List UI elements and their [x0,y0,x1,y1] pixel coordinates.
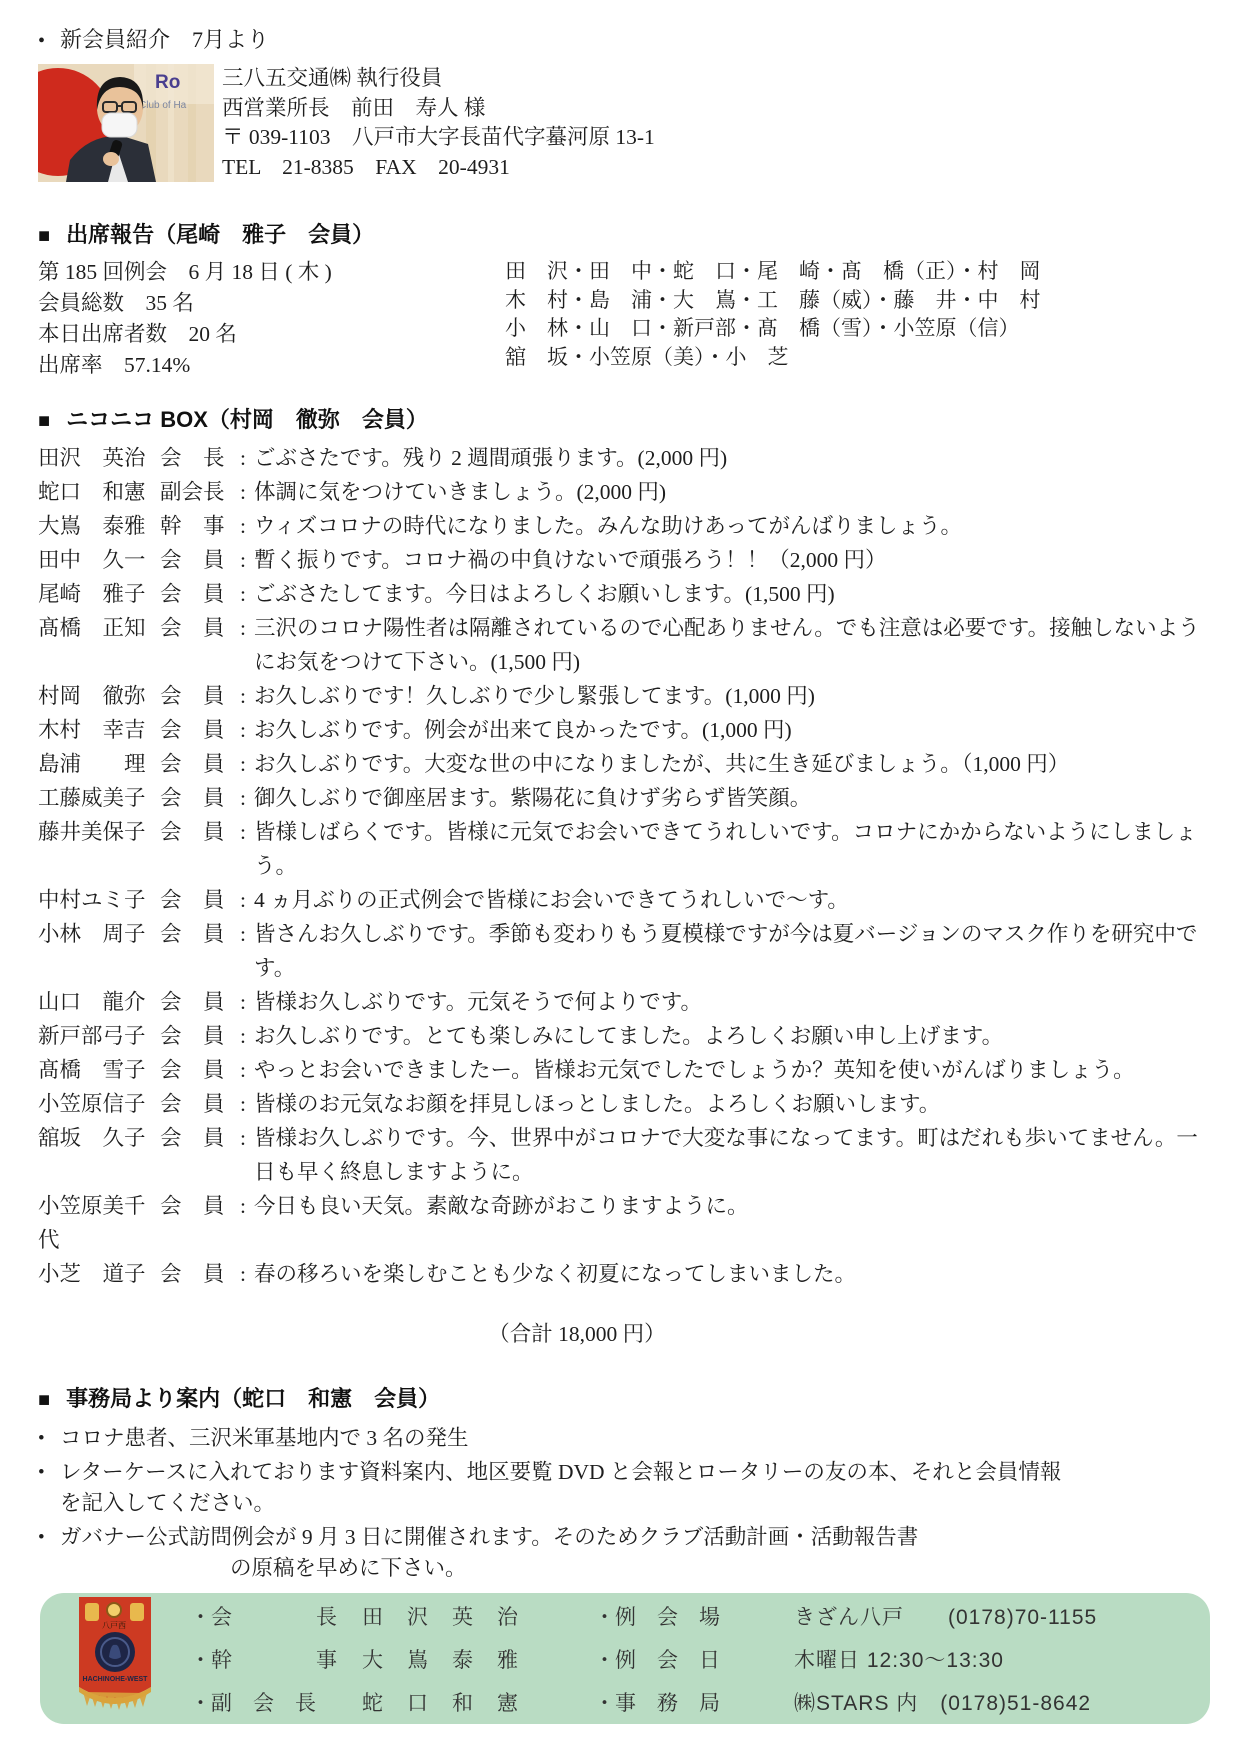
footer-row: ・会 長田沢英治・例 会 場きざん八戸 (0178)70-1155 [190,1594,1190,1637]
attendance-name-list: 田 沢・田 中・蛇 口・尾 崎・髙 橋（正）・村 岡木 村・島 浦・大 嶌・工 … [505,257,1041,381]
niconico-heading-text: ニコニコ BOX（村岡 徹弥 会員） [66,407,428,432]
office-bullet-text: コロナ患者、三沢米軍基地内で 3 名の発生 [60,1423,1211,1454]
member-message: 暫く振りです。コロナ禍の中負けないで頑張ろう！！（2,000 円） [254,543,1211,577]
niconico-entry: 田中 久一会 員:暫く振りです。コロナ禍の中負けないで頑張ろう！！（2,000 … [38,543,1211,577]
office-bullet: •レターケースに入れております資料案内、地区要覧 DVD と会報とロータリーの友… [38,1457,1211,1519]
member-message: 皆様お久しぶりです。元気そうで何よりです。 [254,985,1211,1019]
member-message: ごぶさたしてます。今日はよろしくお願いします。(1,500 円) [254,577,1211,611]
footer-rows: ・会 長田沢英治・例 会 場きざん八戸 (0178)70-1155・幹 事大嶌泰… [190,1594,1210,1723]
footer-left-name: 大嶌泰雅 [362,1644,594,1674]
member-message: 御久しぶりで御座居ます。紫陽花に負けず劣らず皆笑顔。 [254,781,1211,815]
member-title: 会 員 [160,1257,234,1291]
niconico-entry: 藤井美保子会 員:皆様しばらくです。皆様に元気でお会いできてうれしいです。コロナ… [38,815,1211,883]
new-member-block: Ro Club of Ha 三八五交通㈱ 執行役員 [38,64,1211,182]
footer-right-label: ・例 会 場 [594,1601,794,1631]
member-title: 会 員 [160,747,234,781]
member-message: 4 ヵ月ぶりの正式例会で皆様にお会いできてうれしいで～す。 [254,883,1211,917]
footer-row: ・幹 事大嶌泰雅・例 会 日木曜日 12:30～13:30 [190,1637,1190,1680]
separator: : [234,509,252,543]
niconico-entry: 小笠原信子会 員:皆様のお元気なお顔を拝見しほっとしました。よろしくお願いします… [38,1087,1211,1121]
section-marker-icon: ■ [38,221,50,251]
member-message: 皆様しばらくです。皆様に元気でお会いできてうれしいです。コロナにかからないように… [254,815,1211,883]
member-name: 髙橋 正知 [38,611,160,679]
member-name: 工藤威美子 [38,781,160,815]
new-member-section-title: •新会員紹介 7月より [38,26,1211,55]
member-photo-graphic: Ro Club of Ha [38,64,214,182]
separator: : [234,1019,252,1053]
footer-right-value: きざん八戸 (0178)70-1155 [794,1601,1190,1631]
niconico-entry: 田沢 英治会 長:ごぶさたです。残り 2 週間頑張ります。(2,000 円) [38,441,1211,475]
footer-left-label: ・幹 事 [190,1644,362,1674]
member-title: 会 員 [160,781,234,815]
member-title: 会 員 [160,679,234,713]
separator: : [234,1121,252,1189]
niconico-entry: 蛇口 和憲副会長:体調に気をつけていきましょう。(2,000 円) [38,475,1211,509]
attendance-heading: ■出席報告（尾崎 雅子 会員） [38,220,1211,251]
member-message: 体調に気をつけていきましょう。(2,000 円) [254,475,1211,509]
member-name: 田沢 英治 [38,441,160,475]
member-message: お久しぶりです！久しぶりで少し緊張してます。(1,000 円) [254,679,1211,713]
member-message: 今日も良い天気。素敵な奇跡がおこりますように。 [254,1189,1211,1257]
attendance-section: ■出席報告（尾崎 雅子 会員） 第 185 回例会 6 月 18 日 ( 木 )… [38,220,1211,381]
footer-inner: 八戸西 HACHINOHE-WEST ・会 長田沢英治・例 会 場きざん八戸 (… [40,1593,1210,1724]
member-message: やっとお会いできましたー。皆様お元気でしたでしょうか？英知を使いがんばりましょう… [254,1053,1211,1087]
member-title: 会 員 [160,1121,234,1189]
newsletter-page: •新会員紹介 7月より Ro Club of Ha [0,0,1249,1754]
photo-banner-text-2: Club of Ha [139,100,187,111]
member-message: お久しぶりです。大変な世の中になりましたが、共に生き延びましょう。（1,000 … [254,747,1211,781]
member-name: 尾崎 雅子 [38,577,160,611]
new-member-title: 新会員紹介 7月より [60,27,269,52]
niconico-entry: 大嶌 泰雅幹 事:ウィズコロナの時代になりました。みんな助けあってがんばりましょ… [38,509,1211,543]
separator: : [234,747,252,781]
member-title: 会 員 [160,985,234,1019]
bullet-icon: • [38,1423,60,1454]
separator: : [234,577,252,611]
member-name: 小笠原美千代 [38,1189,160,1257]
member-title: 会 員 [160,577,234,611]
office-bullet-text: レターケースに入れております資料案内、地区要覧 DVD と会報とロータリーの友の… [60,1457,1211,1519]
club-banner: 八戸西 HACHINOHE-WEST [40,1593,190,1724]
member-message: お久しぶりです。例会が出来て良かったです。(1,000 円) [254,713,1211,747]
niconico-entry: 工藤威美子会 員:御久しぶりで御座居ます。紫陽花に負けず劣らず皆笑顔。 [38,781,1211,815]
office-bullet-line: コロナ患者、三沢米軍基地内で 3 名の発生 [60,1423,1211,1454]
member-title: 会 員 [160,543,234,577]
niconico-entry: 髙橋 雪子会 員:やっとお会いできましたー。皆様お元気でしたでしょうか？英知を使… [38,1053,1211,1087]
office-bullet: •コロナ患者、三沢米軍基地内で 3 名の発生 [38,1423,1211,1454]
member-name: 蛇口 和憲 [38,475,160,509]
attendance-stat-line: 第 185 回例会 6 月 18 日 ( 木 ) [38,257,505,288]
niconico-entry: 小芝 道子会 員:春の移ろいを楽しむことも少なく初夏になってしまいました。 [38,1257,1211,1291]
attendance-heading-text: 出席報告（尾崎 雅子 会員） [66,222,374,247]
office-bullet-text: ガバナー公式訪問例会が 9 月 3 日に開催されます。そのためクラブ活動計画・活… [60,1522,1211,1584]
member-name: 小芝 道子 [38,1257,160,1291]
member-name: 髙橋 雪子 [38,1053,160,1087]
separator: : [234,1087,252,1121]
niconico-entry: 尾崎 雅子会 員:ごぶさたしてます。今日はよろしくお願いします。(1,500 円… [38,577,1211,611]
member-name: 中村ユミ子 [38,883,160,917]
separator: : [234,543,252,577]
member-title: 幹 事 [160,509,234,543]
niconico-entry: 舘坂 久子会 員:皆様お久しぶりです。今、世界中がコロナで大変な事になってます。… [38,1121,1211,1189]
club-banner-graphic: 八戸西 HACHINOHE-WEST [73,1595,157,1723]
niconico-entry: 村岡 徹弥会 員:お久しぶりです！久しぶりで少し緊張してます。(1,000 円) [38,679,1211,713]
attendance-name-line: 田 沢・田 中・蛇 口・尾 崎・髙 橋（正）・村 岡 [505,257,1041,286]
separator: : [234,1257,252,1291]
attendance-name-line: 舘 坂・小笠原（美）・小 芝 [505,343,1041,372]
member-title: 会 員 [160,815,234,883]
section-marker-icon: ■ [38,406,50,436]
niconico-entry: 木村 幸吉会 員:お久しぶりです。例会が出来て良かったです。(1,000 円) [38,713,1211,747]
member-title: 会 員 [160,713,234,747]
niconico-heading: ■ニコニコ BOX（村岡 徹弥 会員） [38,405,1211,436]
member-title: 会 員 [160,1053,234,1087]
bullet-icon: • [38,1457,60,1519]
member-name: 舘坂 久子 [38,1121,160,1189]
niconico-entry: 中村ユミ子会 員:4 ヵ月ぶりの正式例会で皆様にお会いできてうれしいで～す。 [38,883,1211,917]
separator: : [234,917,252,985]
separator: : [234,883,252,917]
bullet-icon: • [38,1522,60,1584]
footer-panel: 八戸西 HACHINOHE-WEST ・会 長田沢英治・例 会 場きざん八戸 (… [40,1593,1210,1724]
banner-club-en: HACHINOHE-WEST [83,1676,149,1683]
footer-left-name: 蛇口和憲 [362,1687,594,1717]
niconico-entry: 小笠原美千代会 員:今日も良い天気。素敵な奇跡がおこりますように。 [38,1189,1211,1257]
member-name: 藤井美保子 [38,815,160,883]
separator: : [234,815,252,883]
separator: : [234,781,252,815]
attendance-stats: 第 185 回例会 6 月 18 日 ( 木 )会員総数 35 名本日出席者数 … [38,257,505,381]
niconico-section: ■ニコニコ BOX（村岡 徹弥 会員） 田沢 英治会 長:ごぶさたです。残り 2… [38,405,1211,1348]
footer-right-label: ・例 会 日 [594,1644,794,1674]
member-name: 木村 幸吉 [38,713,160,747]
member-title: 会 員 [160,1087,234,1121]
footer-left-label: ・会 長 [190,1601,362,1631]
member-title: 会 長 [160,441,234,475]
attendance-stat-line: 本日出席者数 20 名 [38,319,505,350]
footer-right-label: ・事 務 局 [594,1687,794,1717]
member-message: ウィズコロナの時代になりました。みんな助けあってがんばりましょう。 [254,509,1211,543]
separator: : [234,1053,252,1087]
photo-banner-text-1: Ro [155,72,180,93]
footer-left-label: ・副 会 長 [190,1687,362,1717]
separator: : [234,441,252,475]
member-title: 会 員 [160,611,234,679]
member-name: 田中 久一 [38,543,160,577]
member-title: 会 員 [160,917,234,985]
bullet-icon: • [38,27,60,55]
separator: : [234,985,252,1019]
niconico-entry: 髙橋 正知会 員:三沢のコロナ陽性者は隔離されているので心配ありません。でも注意… [38,611,1211,679]
office-bullet-line: レターケースに入れております資料案内、地区要覧 DVD と会報とロータリーの友の… [60,1457,1211,1488]
separator: : [234,611,252,679]
attendance-stat-line: 出席率 57.14% [38,350,505,381]
member-message: 春の移ろいを楽しむことも少なく初夏になってしまいました。 [254,1257,1211,1291]
company-line: 三八五交通㈱ 執行役員 [222,64,655,94]
attendance-name-line: 木 村・島 浦・大 嶌・工 藤（威）・藤 井・中 村 [505,286,1041,315]
member-title: 会 員 [160,883,234,917]
member-message: 三沢のコロナ陽性者は隔離されているので心配ありません。でも注意は必要です。接触し… [254,611,1211,679]
office-section: ■事務局より案内（蛇口 和憲 会員） •コロナ患者、三沢米軍基地内で 3 名の発… [38,1384,1211,1584]
member-title: 会 員 [160,1019,234,1053]
separator: : [234,679,252,713]
separator: : [234,1189,252,1257]
member-message: 皆様お久しぶりです。今、世界中がコロナで大変な事になってます。町はだれも歩いてま… [254,1121,1211,1189]
member-title: 会 員 [160,1189,234,1257]
member-name: 山口 龍介 [38,985,160,1019]
separator: : [234,475,252,509]
person-line: 西営業所長 前田 寿人 様 [222,94,655,124]
member-name: 島浦 理 [38,747,160,781]
member-name: 村岡 徹弥 [38,679,160,713]
office-bullet-line: ガバナー公式訪問例会が 9 月 3 日に開催されます。そのためクラブ活動計画・活… [60,1522,1211,1553]
niconico-entry: 新戸部弓子会 員:お久しぶりです。とても楽しみにしてました。よろしくお願い申し上… [38,1019,1211,1053]
member-message: ごぶさたです。残り 2 週間頑張ります。(2,000 円) [254,441,1211,475]
attendance-name-line: 小 林・山 口・新戸部・髙 橋（雪）・小笠原（信） [505,314,1041,343]
office-bullet-line: を記入してください。 [60,1488,1211,1519]
member-name: 新戸部弓子 [38,1019,160,1053]
member-name: 小笠原信子 [38,1087,160,1121]
office-bullet: •ガバナー公式訪問例会が 9 月 3 日に開催されます。そのためクラブ活動計画・… [38,1522,1211,1584]
member-message: 皆様のお元気なお顔を拝見しほっとしました。よろしくお願いします。 [254,1087,1211,1121]
niconico-entry: 山口 龍介会 員:皆様お久しぶりです。元気そうで何よりです。 [38,985,1211,1019]
member-photo: Ro Club of Ha [38,64,214,182]
footer-left-name: 田沢英治 [362,1601,594,1631]
member-name: 大嶌 泰雅 [38,509,160,543]
banner-club-jp: 八戸西 [102,1621,126,1630]
niconico-entry: 島浦 理会 員:お久しぶりです。大変な世の中になりましたが、共に生き延びましょう… [38,747,1211,781]
office-bullet-list: •コロナ患者、三沢米軍基地内で 3 名の発生•レターケースに入れております資料案… [38,1423,1211,1584]
member-name: 小林 周子 [38,917,160,985]
office-heading: ■事務局より案内（蛇口 和憲 会員） [38,1384,1211,1415]
member-message: お久しぶりです。とても楽しみにしてました。よろしくお願い申し上げます。 [254,1019,1211,1053]
telfax-line: TEL 21-8385 FAX 20-4931 [222,153,655,183]
footer-right-value: ㈱STARS 内 (0178)51-8642 [794,1687,1190,1717]
member-title: 副会長 [160,475,234,509]
member-message: 皆さんお久しぶりです。季節も変わりもう夏模様ですが今は夏バージョンのマスク作りを… [254,917,1211,985]
attendance-stat-line: 会員総数 35 名 [38,288,505,319]
office-bullet-line: の原稿を早めに下さい。 [230,1553,1211,1584]
niconico-entry: 小林 周子会 員:皆さんお久しぶりです。季節も変わりもう夏模様ですが今は夏バージ… [38,917,1211,985]
new-member-info: 三八五交通㈱ 執行役員 西営業所長 前田 寿人 様 〒 039-1103 八戸市… [222,64,655,182]
niconico-list: 田沢 英治会 長:ごぶさたです。残り 2 週間頑張ります。(2,000 円)蛇口… [38,441,1211,1291]
address-line: 〒 039-1103 八戸市大字長苗代字蟇河原 13-1 [222,123,655,153]
attendance-columns: 第 185 回例会 6 月 18 日 ( 木 )会員総数 35 名本日出席者数 … [38,257,1211,381]
section-marker-icon: ■ [38,1385,50,1415]
niconico-total: （合計 18,000 円） [38,1317,1211,1348]
separator: : [234,713,252,747]
office-heading-text: 事務局より案内（蛇口 和憲 会員） [66,1386,440,1411]
footer-row: ・副 会 長蛇口和憲・事 務 局㈱STARS 内 (0178)51-8642 [190,1680,1190,1723]
footer-right-value: 木曜日 12:30～13:30 [794,1644,1190,1674]
